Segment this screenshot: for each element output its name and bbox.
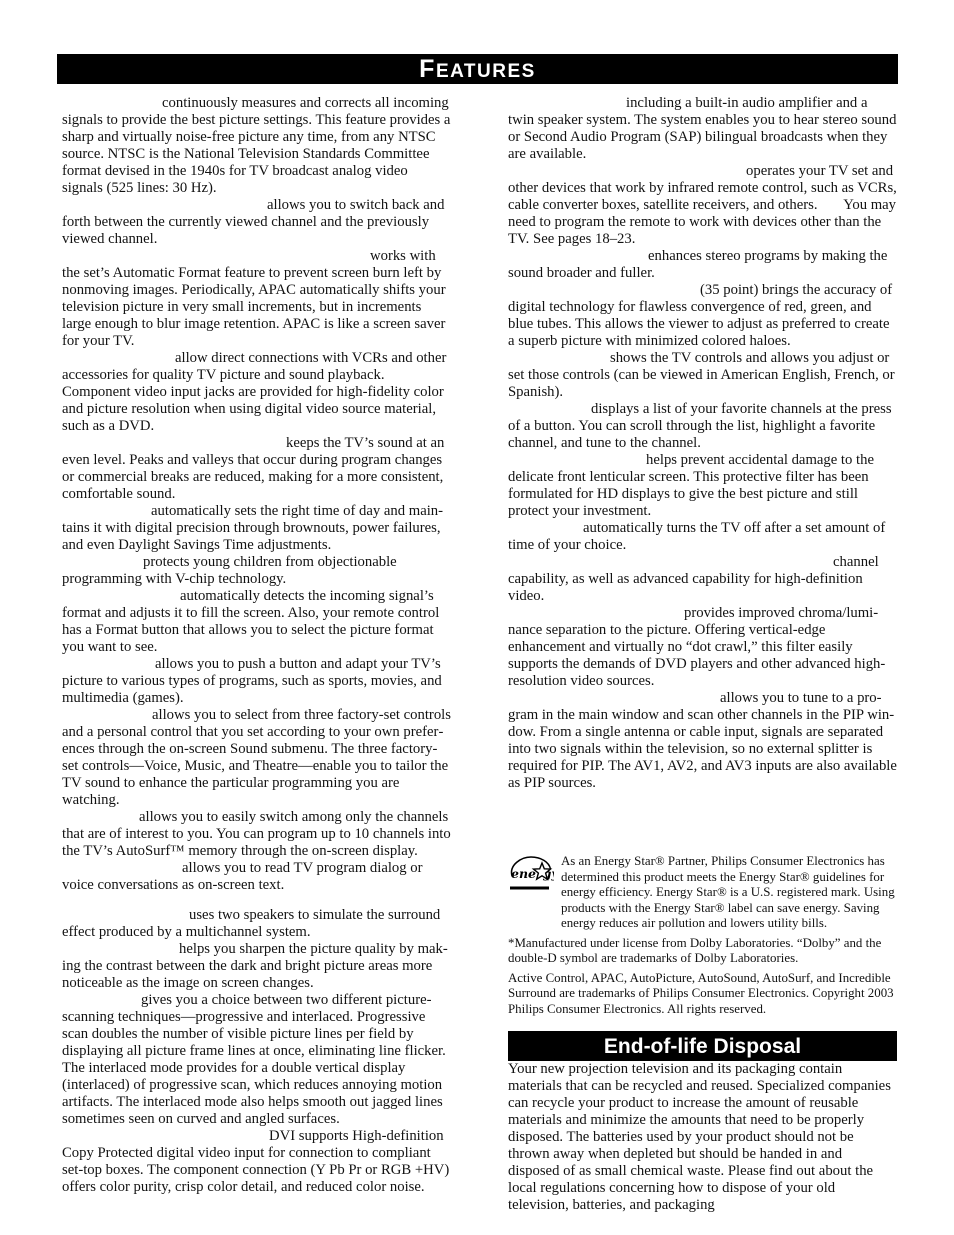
feature-paragraph: helps prevent accidental damage to the d…: [508, 452, 897, 520]
feature-paragraph: provides improved chroma/lumi­nance sepa…: [508, 605, 897, 690]
feature-paragraph: channel capability, as well as advanced …: [508, 554, 897, 605]
feature-paragraph: allows you to easily switch among only t…: [62, 809, 451, 860]
energy-star-note: energy As an Energy Star® Partner, Phili…: [508, 854, 897, 932]
feature-paragraph: enhances stereo programs by making the s…: [508, 248, 897, 282]
feature-paragraph: allows you to read TV program dialog or …: [62, 860, 451, 894]
feature-paragraph: allow direct connections with VCRs and o…: [62, 350, 451, 435]
feature-paragraph: DVI supports High-definition Copy Protec…: [62, 1128, 451, 1196]
page-title: Features: [419, 57, 536, 82]
left-column: continuously measures and corrects all i…: [62, 95, 451, 1196]
dolby-footnote: *Manufactured under license from Dolby L…: [508, 936, 897, 967]
feature-paragraph: protects young children from objectionab…: [62, 554, 451, 588]
feature-paragraph: automatically sets the right time of day…: [62, 503, 451, 554]
feature-paragraph: gives you a choice between two different…: [62, 992, 451, 1128]
feature-paragraph: operates your TV set and other devices t…: [508, 163, 897, 248]
trademark-footnote: Active Control, APAC, AutoPicture, AutoS…: [508, 971, 897, 1018]
energy-star-text: As an Energy Star® Partner, Philips Cons…: [561, 854, 897, 932]
feature-paragraph: automatically turns the TV off after a s…: [508, 520, 897, 554]
feature-paragraph: works with the set’s Automatic Format fe…: [62, 248, 451, 350]
feature-paragraph: (35 point) brings the accuracy of digita…: [508, 282, 897, 350]
feature-paragraph: uses two speakers to simulate the surrou…: [62, 907, 451, 941]
feature-paragraph: keeps the TV’s sound at an even level. P…: [62, 435, 451, 503]
right-column: including a built-in audio amplifier and…: [508, 95, 897, 1214]
feature-paragraph: helps you sharpen the picture quality by…: [62, 941, 451, 992]
feature-paragraph: continuously measures and corrects all i…: [62, 95, 451, 197]
disposal-paragraph: Your new projection television and its p…: [508, 1061, 897, 1214]
feature-paragraph: displays a list of your favorite channel…: [508, 401, 897, 452]
feature-paragraph: automatically detects the incoming signa…: [62, 588, 451, 656]
feature-paragraph: allows you to push a button and adapt yo…: [62, 656, 451, 707]
disposal-title: End-of-life Disposal: [604, 1036, 801, 1057]
feature-paragraph: including a built-in audio amplifier and…: [508, 95, 897, 163]
energy-star-logo-icon: energy: [508, 854, 554, 899]
feature-paragraph: allows you to tune to a pro­gram in the …: [508, 690, 897, 792]
disposal-header-bar: End-of-life Disposal: [508, 1031, 897, 1061]
feature-paragraph: allows you to switch back and forth betw…: [62, 197, 451, 248]
feature-paragraph: shows the TV controls and allows you adj…: [508, 350, 897, 401]
features-header-bar: Features: [57, 54, 898, 84]
feature-paragraph: allows you to select from three factory-…: [62, 707, 451, 809]
manual-page: Features continuously measures and corre…: [0, 0, 954, 1235]
